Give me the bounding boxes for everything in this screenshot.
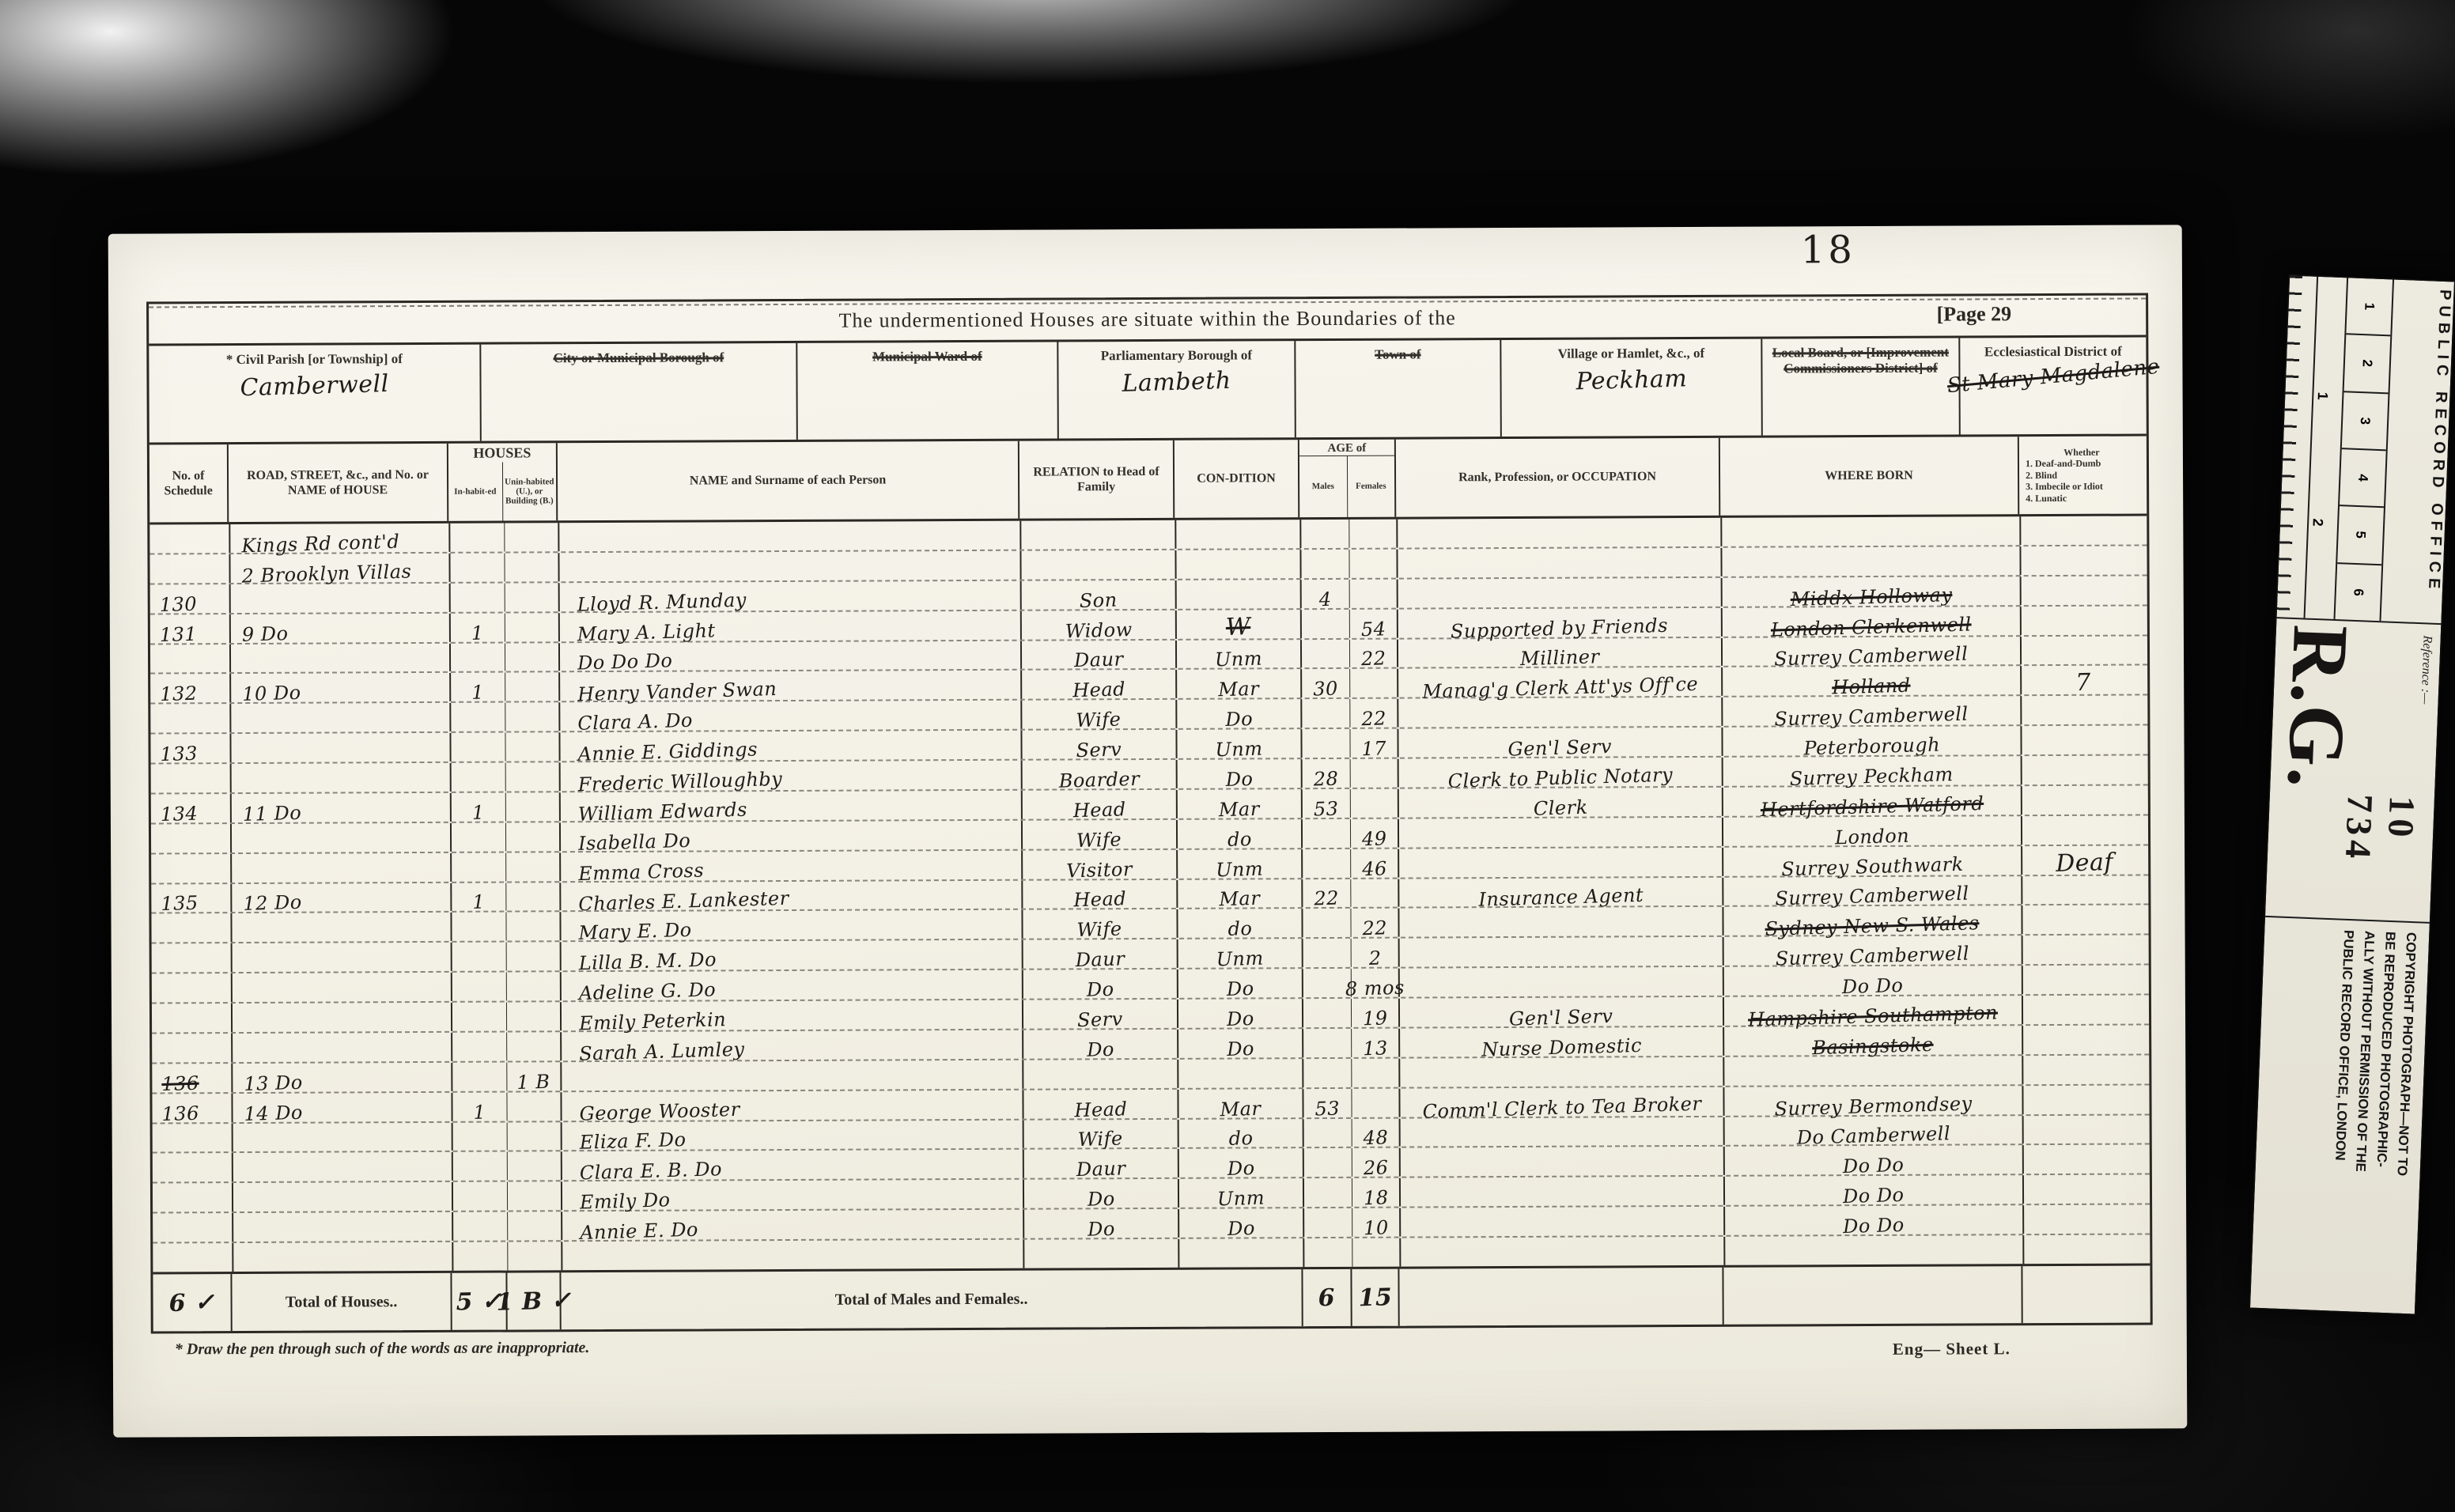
cell-age_m: 4 xyxy=(1300,580,1349,608)
cell-age_m xyxy=(1300,729,1349,758)
cell-age_f: 22 xyxy=(1350,909,1398,937)
cell-inhabited xyxy=(452,1212,507,1241)
cell-infirmity: 7 xyxy=(2020,666,2145,695)
field-label: Local Board, or [Improvement Commissione… xyxy=(1762,345,1958,376)
page-stamp: 18 xyxy=(1801,228,1855,272)
handwritten-value: Camberwell xyxy=(240,369,389,401)
cell-uninhabited xyxy=(506,1092,560,1121)
col-age-females-header: Females xyxy=(1347,456,1394,517)
col-condition-header: CON-DITION xyxy=(1175,440,1299,518)
cell-inhabited xyxy=(452,1122,507,1151)
cell-age_f: 26 xyxy=(1352,1148,1399,1177)
cell-age_m xyxy=(1303,1118,1352,1147)
cell-road xyxy=(229,643,449,672)
field-civil-parish: * Civil Parish [or Township] of Camberwe… xyxy=(149,345,482,443)
cell-condition: Mar xyxy=(1176,879,1301,909)
cell-condition: Unm xyxy=(1178,1178,1303,1208)
field-local-board: Local Board, or [Improvement Commissione… xyxy=(1762,338,1961,436)
cell-name: Clara E. B. Do xyxy=(561,1150,1023,1180)
cell-road xyxy=(230,913,450,942)
cell-uninhabited xyxy=(505,762,559,791)
cell-condition xyxy=(1177,1059,1302,1088)
reference-section: Reference :— R.G. 10 734 xyxy=(2265,618,2441,922)
cell-age_f: 46 xyxy=(1350,849,1398,877)
cell-infirmity xyxy=(2022,1055,2147,1084)
cell-age_m xyxy=(1300,699,1349,728)
col-houses-header: HOUSES In-habit-ed Unin-habited (U.), or… xyxy=(448,443,558,521)
cell-relation: Do xyxy=(1022,970,1177,999)
cell-schedule xyxy=(149,554,229,583)
col-age-header: AGE of Males Females xyxy=(1299,440,1396,518)
cell-infirmity xyxy=(2021,875,2146,905)
cell-relation: Visitor xyxy=(1021,849,1176,879)
cell-relation: Daur xyxy=(1022,939,1177,969)
cell-relation: Widow xyxy=(1020,610,1175,639)
census-table: The undermentioned Houses are situate wi… xyxy=(146,293,2153,1333)
cell-age_f: 17 xyxy=(1349,729,1397,758)
cell-inhabited: 1 xyxy=(450,883,505,911)
cell-relation: Son xyxy=(1020,580,1175,610)
cell-age_m: 30 xyxy=(1300,669,1349,697)
cell-road xyxy=(230,763,450,792)
cell-infirmity xyxy=(2022,1025,2147,1054)
col-born-header: WHERE BORN xyxy=(1720,437,2019,516)
cell-born: Holland xyxy=(1721,667,2020,697)
col-infirmity-header: Whether 1. Deaf-and-Dumb 2. Blind 3. Imb… xyxy=(2019,436,2144,514)
cell-occupation: Supported by Friends xyxy=(1397,607,1721,637)
field-label: City or Municipal Borough of xyxy=(548,350,728,366)
cell-born: Surrey Peckham xyxy=(1722,756,2021,786)
cell-age_m xyxy=(1302,1029,1351,1057)
field-label: Village or Hamlet, &c., of xyxy=(1553,346,1710,361)
field-label: Town of xyxy=(1370,346,1426,362)
cell-born: Do Do xyxy=(1723,1205,2022,1235)
cell-relation: Head xyxy=(1021,879,1176,909)
cell-age_m xyxy=(1300,639,1349,667)
cell-schedule xyxy=(151,913,230,942)
cell-road xyxy=(232,1152,452,1181)
cell-uninhabited xyxy=(505,792,559,821)
cell-occupation xyxy=(1398,818,1722,848)
cell-born xyxy=(1723,1056,2022,1086)
ruler: 1 2 1 2 3 4 5 6 PUBLIC RECORD OFFICE xyxy=(2276,275,2454,625)
cell-relation: Wife xyxy=(1021,909,1176,939)
cell-road: 9 Do xyxy=(229,613,449,642)
cell-uninhabited xyxy=(506,942,560,970)
totals-row: 6 ✓ Total of Houses.. 5 ✓ 1 B ✓ Total of… xyxy=(153,1263,2150,1331)
cell-name: Annie E. Do xyxy=(561,1210,1023,1240)
cell-road xyxy=(230,823,450,852)
table-rows: Kings Rd cont'd2 Brooklyn Villas130Lloyd… xyxy=(149,516,2150,1272)
cell-name: Annie E. Giddings xyxy=(558,731,1020,761)
cell-age_f: 22 xyxy=(1349,699,1397,728)
col-name-header: NAME and Surname of each Person xyxy=(558,441,1019,521)
cell-schedule xyxy=(150,704,229,732)
column-headers: No. of Schedule ROAD, STREET, &c., and N… xyxy=(149,436,2147,524)
cell-infirmity xyxy=(2020,576,2145,605)
cell-uninhabited xyxy=(505,643,558,671)
cell-inhabited: 1 xyxy=(451,1092,506,1121)
cell-inhabited xyxy=(449,583,505,611)
cell-born: Surrey Camberwell xyxy=(1721,696,2020,726)
page-number-label: [Page 29 xyxy=(1936,302,2011,326)
cell-age_f xyxy=(1349,579,1397,607)
field-label: Ecclesiastical District of xyxy=(1980,344,2127,360)
cell-road: 12 Do xyxy=(230,883,450,912)
cell-age_f: 2 xyxy=(1351,939,1398,967)
cell-condition: Unm xyxy=(1175,640,1300,669)
cell-relation: Daur xyxy=(1023,1149,1178,1178)
cell-age_m: 22 xyxy=(1301,879,1350,907)
cell-occupation xyxy=(1398,907,1722,937)
cell-age_m: 53 xyxy=(1301,789,1350,818)
cell-occupation xyxy=(1396,518,1720,548)
handwritten-value: St Mary Magdalene xyxy=(1946,354,2161,398)
cell-road: 2 Brooklyn Villas xyxy=(229,554,448,583)
cell-age_f: 19 xyxy=(1351,999,1398,1027)
cell-road xyxy=(231,943,451,972)
cell-schedule xyxy=(152,1004,231,1032)
cell-condition: Do xyxy=(1176,759,1301,788)
cell-infirmity xyxy=(2021,785,2146,815)
cell-age_f: 49 xyxy=(1350,818,1398,847)
cell-age_f: 13 xyxy=(1351,1028,1398,1057)
cell-occupation xyxy=(1399,1147,1723,1177)
cell-uninhabited xyxy=(505,852,559,881)
cell-age_f: 54 xyxy=(1349,609,1397,637)
cell-name: Emma Cross xyxy=(559,850,1021,880)
cell-age_m xyxy=(1299,550,1349,578)
cell-condition: do xyxy=(1176,819,1301,849)
cell-age_f: 22 xyxy=(1349,639,1397,667)
reference-label: Reference :— xyxy=(2417,635,2434,705)
cell-uninhabited xyxy=(505,702,558,731)
cell-uninhabited xyxy=(505,583,558,611)
census-sheet: 18 The undermentioned Houses are situate… xyxy=(108,225,2188,1437)
cell-age_m xyxy=(1303,1148,1352,1177)
public-record-office-strip: 1 2 1 2 3 4 5 6 PUBLIC RECORD OFFICE Ref… xyxy=(2249,274,2455,1315)
cell-schedule: 130 xyxy=(150,584,229,613)
cell-age_m xyxy=(1303,1178,1352,1207)
col-inhabited-header: In-habit-ed xyxy=(448,462,503,521)
cell-name: Clara A. Do xyxy=(558,701,1020,731)
cell-inhabited: 1 xyxy=(449,673,505,701)
cell-condition: Do xyxy=(1178,1149,1303,1178)
cell-condition xyxy=(1175,580,1300,609)
col-relation-header: RELATION to Head of Family xyxy=(1019,440,1175,519)
copyright-notice: COPYRIGHT PHOTOGRAPH—NOT TO BE REPRODUCE… xyxy=(2250,916,2430,1314)
cell-uninhabited xyxy=(505,673,558,701)
cell-occupation: Comm'l Clerk to Tea Broker xyxy=(1398,1087,1723,1117)
cell-schedule: 132 xyxy=(150,674,229,702)
cell-born: Middx Holloway xyxy=(1721,576,2020,607)
cell-born: Do Do xyxy=(1723,966,2022,996)
cell-inhabited xyxy=(450,822,505,851)
cell-occupation xyxy=(1398,847,1722,877)
cell-schedule xyxy=(152,973,231,1002)
cell-infirmity xyxy=(2022,966,2147,995)
males-females-label: Total of Males and Females.. xyxy=(561,1269,1303,1329)
cell-road xyxy=(231,1003,451,1032)
footnote: * Draw the pen through such of the words… xyxy=(175,1339,590,1359)
cell-occupation: Clerk to Public Notary xyxy=(1398,758,1722,788)
cell-born: Surrey Camberwell xyxy=(1722,876,2021,906)
cell-occupation: Insurance Agent xyxy=(1398,877,1722,907)
cell-age_m: 28 xyxy=(1301,759,1350,788)
cell-relation: Serv xyxy=(1020,730,1175,759)
cell-age_m xyxy=(1303,1238,1352,1267)
cell-schedule: 136 xyxy=(152,1094,231,1122)
cell-infirmity xyxy=(2020,636,2145,665)
cell-relation: Do xyxy=(1023,1209,1178,1238)
cell-road xyxy=(232,1122,452,1151)
cell-infirmity xyxy=(2021,905,2146,935)
cell-age_m xyxy=(1300,610,1349,638)
series-reference: R.G. xyxy=(2275,623,2360,791)
cell-infirmity xyxy=(2022,1085,2147,1114)
cell-born: Surrey Bermondsey xyxy=(1723,1086,2022,1116)
cell-condition: Unm xyxy=(1177,939,1302,968)
cell-schedule: 134 xyxy=(151,794,230,822)
cell-occupation: Gen'l Serv xyxy=(1397,728,1721,758)
cell-inhabited xyxy=(450,852,505,881)
cell-uninhabited xyxy=(505,732,558,761)
cell-age_m xyxy=(1301,849,1350,878)
cell-name: Isabella Do xyxy=(559,820,1021,850)
cell-born: Peterborough xyxy=(1721,726,2020,756)
cell-age_m xyxy=(1302,939,1351,967)
cell-road xyxy=(229,584,449,613)
cell-condition: Mar xyxy=(1177,1089,1302,1118)
field-village: Village or Hamlet, &c., of Peckham xyxy=(1501,339,1763,437)
cell-uninhabited xyxy=(504,553,558,581)
handwritten-value: Lambeth xyxy=(1122,366,1231,397)
cell-schedule xyxy=(153,1243,232,1272)
cell-born: Do Do xyxy=(1723,1175,2022,1205)
cell-age_f: 10 xyxy=(1352,1208,1399,1237)
cell-occupation xyxy=(1398,967,1723,997)
cell-occupation xyxy=(1399,1237,1723,1267)
cell-inhabited xyxy=(452,1152,507,1181)
field-ecclesiastical-district: Ecclesiastical District of St Mary Magda… xyxy=(1960,337,2147,434)
field-label: Parliamentary Borough of xyxy=(1096,347,1257,363)
cell-infirmity xyxy=(2020,696,2145,725)
cell-infirmity xyxy=(2022,1145,2147,1174)
cell-relation: Wife xyxy=(1023,1119,1178,1148)
cell-born xyxy=(1720,546,2019,576)
cell-condition xyxy=(1178,1238,1303,1268)
cell-relation: Boarder xyxy=(1021,760,1176,789)
cell-born xyxy=(1723,1235,2022,1265)
cell-schedule xyxy=(153,1183,232,1211)
cell-road xyxy=(232,1242,452,1272)
cell-schedule xyxy=(151,824,230,852)
cell-relation: Wife xyxy=(1021,820,1176,849)
cell-age_f xyxy=(1352,1238,1399,1267)
cell-road xyxy=(230,852,450,882)
cell-age_f: 48 xyxy=(1352,1118,1399,1147)
cell-inhabited xyxy=(448,524,504,552)
cell-condition: W xyxy=(1175,610,1300,639)
cell-name: Lloyd R. Munday xyxy=(558,580,1020,610)
cell-schedule: 133 xyxy=(150,734,229,762)
cell-age_f xyxy=(1350,879,1398,907)
cell-schedule xyxy=(150,644,229,673)
cell-schedule: 131 xyxy=(150,614,229,643)
sheet-label: Eng— Sheet L. xyxy=(1893,1339,2011,1359)
uninhabited-total: 1 B ✓ xyxy=(507,1272,561,1329)
cell-relation: Do xyxy=(1023,1179,1178,1208)
cell-condition: Do xyxy=(1177,969,1302,998)
cell-condition: do xyxy=(1178,1119,1303,1148)
parish-band: * Civil Parish [or Township] of Camberwe… xyxy=(149,337,2147,444)
cell-road xyxy=(229,733,449,762)
cell-infirmity xyxy=(2019,516,2144,545)
cell-age_f xyxy=(1349,669,1397,697)
col-uninhabited-header: Unin-habited (U.), or Building (B.) xyxy=(502,462,556,521)
cell-road: 13 Do xyxy=(231,1063,451,1092)
cell-condition: Unm xyxy=(1176,849,1301,879)
cell-schedule xyxy=(153,1213,232,1242)
cell-condition xyxy=(1175,550,1299,579)
cell-uninhabited xyxy=(506,972,560,1000)
cell-uninhabited xyxy=(505,613,558,641)
cell-condition: Mar xyxy=(1176,789,1301,818)
cell-relation: Wife xyxy=(1020,700,1175,729)
cell-age_m xyxy=(1302,1059,1351,1087)
title-band: The undermentioned Houses are situate wi… xyxy=(149,295,2146,346)
cell-occupation xyxy=(1399,1207,1723,1237)
cell-uninhabited xyxy=(507,1242,561,1270)
cell-born: Surrey Southwark xyxy=(1722,846,2021,876)
cell-schedule xyxy=(151,764,230,792)
cell-name: Emily Peterkin xyxy=(560,1000,1022,1030)
cell-born: Sydney New S. Wales xyxy=(1722,906,2021,936)
cell-name: Emily Do xyxy=(561,1180,1023,1210)
cell-relation: Daur xyxy=(1020,640,1175,669)
cell-infirmity xyxy=(2021,815,2146,845)
cell-born xyxy=(1720,516,2019,546)
cell-uninhabited xyxy=(507,1152,561,1181)
cell-schedule xyxy=(149,524,229,553)
cell-condition: Do xyxy=(1175,699,1300,728)
cell-occupation xyxy=(1398,937,1723,967)
cell-inhabited xyxy=(451,1032,506,1060)
cell-relation xyxy=(1022,1060,1177,1089)
piece-reference: 10 734 xyxy=(2335,793,2423,921)
cell-road: 14 Do xyxy=(231,1092,451,1121)
cell-uninhabited xyxy=(505,822,559,851)
houses-total-label: Total of Houses.. xyxy=(232,1273,452,1331)
cell-infirmity xyxy=(2020,726,2145,755)
cell-age_f xyxy=(1349,549,1396,577)
cell-age_f: 18 xyxy=(1352,1178,1399,1207)
cell-age_m xyxy=(1301,819,1350,848)
sheet-title: The undermentioned Houses are situate wi… xyxy=(839,306,1456,332)
cell-inhabited: 1 xyxy=(450,792,505,821)
cell-road xyxy=(232,1182,452,1211)
cell-road xyxy=(231,973,451,1002)
cell-infirmity xyxy=(2021,755,2146,784)
cell-age_m xyxy=(1302,999,1351,1027)
cell-age_m xyxy=(1299,520,1349,548)
cell-condition: Unm xyxy=(1175,729,1300,758)
cell-relation xyxy=(1023,1239,1178,1268)
cell-inhabited xyxy=(451,1003,506,1031)
cell-road xyxy=(229,703,449,732)
cell-inhabited xyxy=(451,1062,506,1091)
cell-infirmity xyxy=(2019,546,2144,575)
cell-condition: Do xyxy=(1178,1208,1303,1238)
cell-name: Do Do Do xyxy=(558,641,1020,671)
cell-born: Surrey Camberwell xyxy=(1723,936,2022,966)
cell-occupation xyxy=(1396,548,1720,578)
cell-relation: Head xyxy=(1020,670,1175,699)
cell-name: George Wooster xyxy=(560,1090,1022,1120)
cell-age_f xyxy=(1350,759,1398,788)
cell-inhabited xyxy=(449,643,505,671)
field-municipal-borough: City or Municipal Borough of xyxy=(481,343,798,441)
cell-age_f xyxy=(1351,1088,1398,1117)
cell-uninhabited xyxy=(506,1032,560,1060)
cell-uninhabited xyxy=(507,1181,561,1210)
cell-uninhabited xyxy=(505,883,559,911)
cell-condition: Mar xyxy=(1175,670,1300,699)
houses-total-value: 6 ✓ xyxy=(153,1274,232,1331)
cell-name xyxy=(560,1060,1022,1090)
cell-age_m: 53 xyxy=(1302,1089,1351,1117)
cell-schedule xyxy=(153,1124,232,1152)
cell-born: Do Do xyxy=(1723,1146,2022,1176)
field-label: Municipal Ward of xyxy=(868,349,987,365)
cell-occupation: Clerk xyxy=(1398,788,1722,818)
cell-born: London Clerkenwell xyxy=(1721,607,2020,637)
cell-uninhabited xyxy=(506,1002,560,1030)
cell-condition: Do xyxy=(1177,1029,1302,1058)
cell-occupation: Milliner xyxy=(1397,637,1721,667)
col-age-males-header: Males xyxy=(1299,456,1348,517)
cell-inhabited xyxy=(452,1242,507,1271)
cell-road xyxy=(231,1033,451,1062)
cell-infirmity xyxy=(2022,1205,2147,1234)
cell-occupation: Nurse Domestic xyxy=(1398,1027,1723,1057)
cell-uninhabited xyxy=(507,1211,561,1240)
cell-occupation xyxy=(1399,1177,1723,1207)
field-municipal-ward: Municipal Ward of xyxy=(797,342,1059,439)
cell-inhabited: 1 xyxy=(449,613,505,641)
cell-name: Henry Vander Swan xyxy=(558,671,1020,701)
cell-road xyxy=(232,1212,452,1242)
cell-uninhabited xyxy=(505,913,559,941)
cell-age_f xyxy=(1350,788,1398,817)
cell-born: Surrey Camberwell xyxy=(1721,637,2020,667)
cell-age_f xyxy=(1349,520,1396,548)
cell-name: William Edwards xyxy=(559,791,1021,821)
cell-relation: Serv xyxy=(1022,1000,1177,1029)
cell-age_m xyxy=(1303,1208,1352,1237)
cell-relation: Do xyxy=(1022,1030,1177,1059)
cell-born: Hampshire Southampton xyxy=(1723,996,2022,1026)
cell-inhabited xyxy=(450,763,505,792)
cell-born: Hertfordshire Watford xyxy=(1722,786,2021,816)
cell-infirmity xyxy=(2022,1234,2147,1264)
col-occupation-header: Rank, Profession, or OCCUPATION xyxy=(1396,438,1720,517)
cell-schedule xyxy=(152,943,231,972)
col-schedule-header: No. of Schedule xyxy=(149,444,229,522)
cell-uninhabited xyxy=(507,1122,561,1151)
cell-schedule xyxy=(152,1034,231,1062)
cell-occupation: Manag'g Clerk Att'ys Off'ce xyxy=(1397,667,1721,697)
